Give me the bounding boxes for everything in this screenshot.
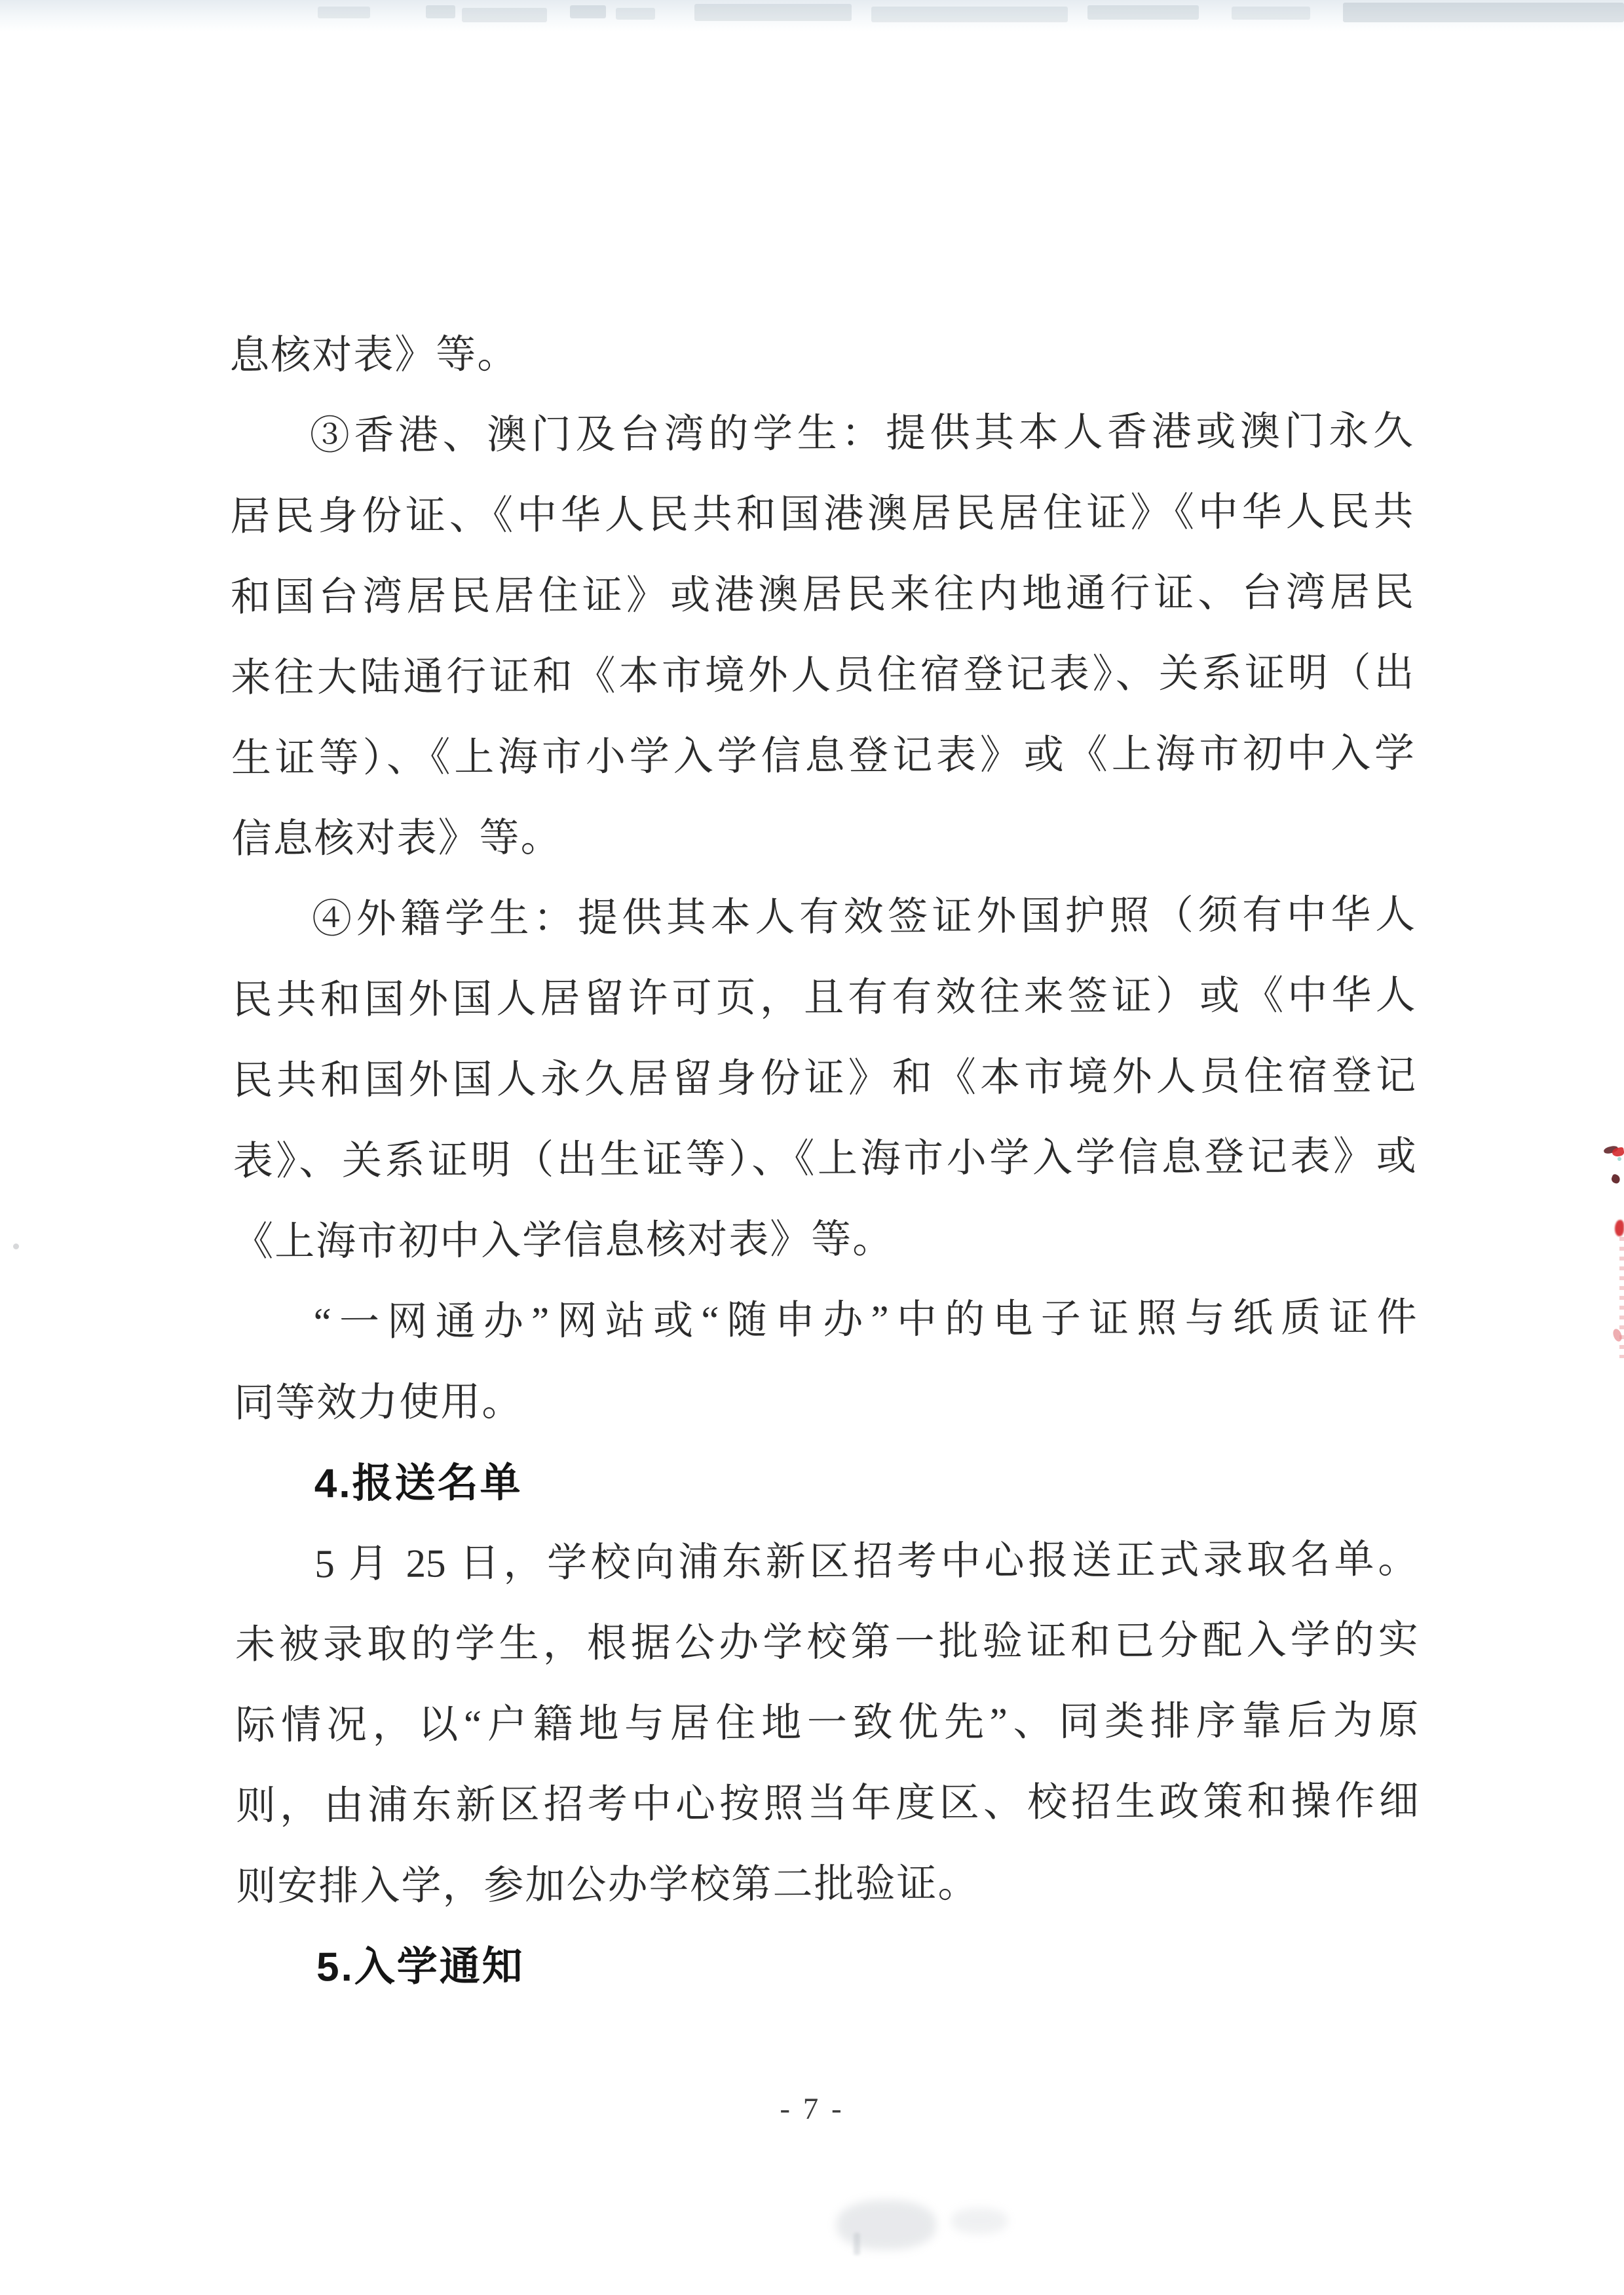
heading-line: 4.报送名单 — [235, 1439, 1418, 1525]
scan-smudge — [1232, 7, 1310, 20]
dust-speck — [13, 1243, 19, 1249]
text-line: 居民身份证、《中华人民共和国港澳居民居住证》《中华人民共 — [230, 472, 1414, 558]
text-line: 息核对表》等。 — [229, 311, 1413, 396]
text-line: ③香港、澳门及台湾的学生：提供其本人香港或澳门永久 — [230, 391, 1414, 477]
scan-smudge — [1343, 3, 1624, 22]
text-line: 则，由浦东新区招考中心按照当年度区、校招生政策和操作细 — [236, 1761, 1420, 1847]
text-line: 表》、关系证明（出生证等）、《上海市小学入学信息登记表》或 — [233, 1116, 1416, 1202]
scan-artifact-bottom-smudge — [854, 2233, 860, 2255]
text-line: 同等效力使用。 — [234, 1358, 1418, 1444]
scan-smudge — [426, 5, 455, 18]
scan-artifact-bottom-smudge — [837, 2200, 936, 2250]
text-line: 民共和国外国人永久居留身份证》和《本市境外人员住宿登记 — [233, 1036, 1416, 1122]
text-line: 生证等）、《上海市小学入学信息登记表》或《上海市初中入学 — [231, 713, 1415, 799]
text-line: 信息核对表》等。 — [231, 794, 1415, 880]
text-line: 际情况，以“户籍地与居住地一致优先”、同类排序靠后为原 — [235, 1680, 1419, 1766]
text-line: 5 月 25 日，学校向浦东新区招考中心报送正式录取名单。 — [235, 1519, 1418, 1605]
scan-artifact-top-band — [0, 0, 1624, 31]
text-line: 《上海市初中入学信息核对表》等。 — [233, 1197, 1417, 1283]
page-footer: - 7 - — [0, 2091, 1624, 2127]
scan-smudge — [462, 8, 547, 22]
document-page: 息核对表》等。③香港、澳门及台湾的学生：提供其本人香港或澳门永久居民身份证、《中… — [0, 0, 1624, 2295]
text-line: 未被录取的学生，根据公办学校第一批验证和已分配入学的实 — [235, 1600, 1419, 1686]
text-line: 和国台湾居民居住证》或港澳居民来往内地通行证、台湾居民 — [231, 552, 1414, 638]
heading-line: 5.入学通知 — [236, 1922, 1420, 2008]
page-number: - 7 - — [780, 2092, 844, 2126]
scan-smudge — [1087, 5, 1199, 20]
document-body: 息核对表》等。③香港、澳门及台湾的学生：提供其本人香港或澳门永久居民身份证、《中… — [229, 311, 1420, 2008]
dark-ink-dot — [1610, 1173, 1621, 1185]
scan-smudge — [694, 4, 852, 21]
teal-speck — [1617, 1157, 1621, 1161]
text-line: 民共和国外国人居留许可页，且有有效往来签证）或《中华人 — [232, 955, 1416, 1041]
scan-smudge — [616, 8, 655, 20]
scan-artifact-bottom-smudge — [951, 2208, 1008, 2234]
scan-smudge — [318, 7, 370, 18]
red-ink-blob — [1615, 1220, 1624, 1236]
scan-smudge — [570, 5, 606, 18]
scan-smudge — [871, 7, 1068, 22]
text-line: ④外籍学生：提供其本人有效签证外国护照（须有中华人 — [232, 875, 1416, 960]
text-line: “一网通办”网站或“随申办”中的电子证照与纸质证件 — [233, 1278, 1417, 1363]
text-line: 来往大陆通行证和《本市境外人员住宿登记表》、关系证明（出 — [231, 633, 1414, 719]
text-line: 则安排入学，参加公办学校第二批验证。 — [236, 1842, 1420, 1927]
